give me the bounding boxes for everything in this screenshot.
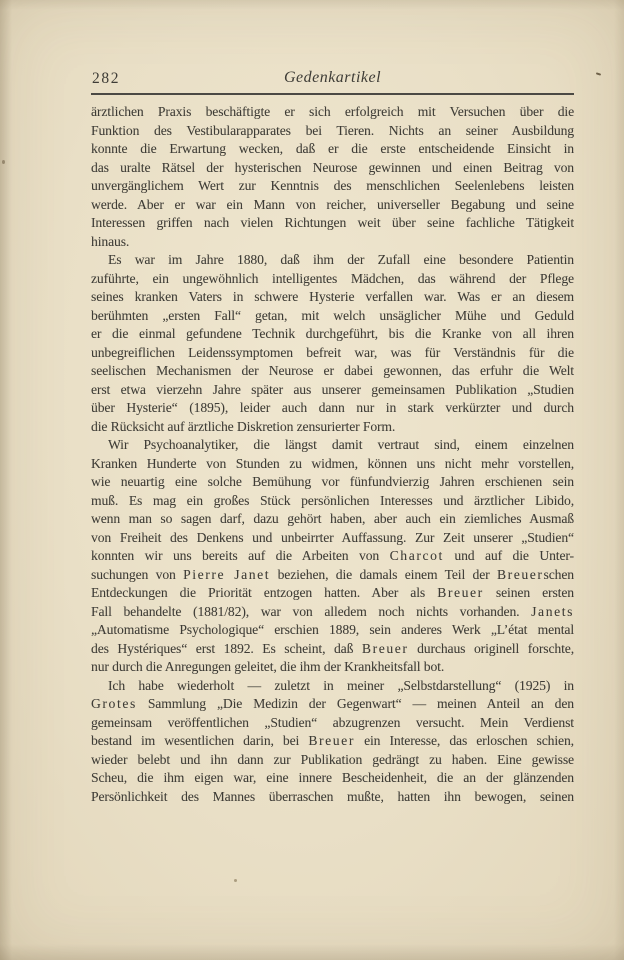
text-line: gemeinsam veröffentlichen „Studien“ abzu… bbox=[91, 714, 574, 733]
letterspaced-name: Breuer bbox=[437, 585, 484, 600]
paragraph: ärztlichen Praxis beschäftigte er sich e… bbox=[91, 103, 574, 251]
paper-speck bbox=[234, 879, 237, 882]
text-line: Scheu, die ihm eigen war, eine innere Be… bbox=[91, 769, 574, 788]
text-line: werde. Aber er war ein Mann von reicher,… bbox=[91, 196, 574, 215]
letterspaced-name: Breuer bbox=[362, 641, 409, 656]
letterspaced-name: Pierre Janet bbox=[183, 567, 270, 582]
text-line: die Rücksicht auf ärztliche Diskretion z… bbox=[91, 418, 574, 437]
text-line: Fall behandelte (1881/82), war von alled… bbox=[91, 603, 574, 622]
text-line: über Hysterie“ (1895), leider auch dann … bbox=[91, 399, 574, 418]
book-page: 282 Gedenkartikel ärztlichen Praxis besc… bbox=[0, 0, 624, 960]
text-line: Kranken Hunderte von Stunden zu widmen, … bbox=[91, 455, 574, 474]
paper-speck bbox=[2, 160, 5, 164]
text-line: unbegreiflichen Leidenssymptomen befreit… bbox=[91, 344, 574, 363]
text-line: zuführte, ein ungewöhnlich intelligentes… bbox=[91, 270, 574, 289]
text-line: das uralte Rätsel der hysterischen Neuro… bbox=[91, 159, 574, 178]
letterspaced-name: Grotes bbox=[91, 696, 137, 711]
letterspaced-name: Charcot bbox=[390, 548, 444, 563]
text-line: Funktion des Vestibularapparates bei Tie… bbox=[91, 122, 574, 141]
text-line: unvergänglichem Wert zur Kenntnis des me… bbox=[91, 177, 574, 196]
text-line: erst etwa vierzehn Jahre später aus unse… bbox=[91, 381, 574, 400]
letterspaced-name: Breuer bbox=[497, 567, 544, 582]
paragraph: Ich habe wiederholt — zuletzt in meiner … bbox=[91, 677, 574, 807]
text-line: „Automatisme Psychologique“ erschien 188… bbox=[91, 621, 574, 640]
text-line: Persönlichkeit des Mannes überraschen mu… bbox=[91, 788, 574, 807]
text-line: konnten wir uns bereits auf die Arbeiten… bbox=[91, 547, 574, 566]
letterspaced-name: Breuer bbox=[308, 733, 355, 748]
text-line: seelischen Mechanismen der Neurose er da… bbox=[91, 362, 574, 381]
letterspaced-name: Janets bbox=[531, 604, 574, 619]
text-line: Ich habe wiederholt — zuletzt in meiner … bbox=[91, 677, 574, 696]
paper-speck bbox=[596, 72, 601, 75]
text-line: Wir Psychoanalytiker, die längst damit v… bbox=[91, 436, 574, 455]
text-line: Entdeckungen die Priorität entzogen hatt… bbox=[91, 584, 574, 603]
text-line: berühmten „ersten Fall“ getan, mit welch… bbox=[91, 307, 574, 326]
text-line: ärztlichen Praxis beschäftigte er sich e… bbox=[91, 103, 574, 122]
text-line: seines kranken Vaters in schwere Hysteri… bbox=[91, 288, 574, 307]
text-line: bestand im wesentlichen darin, bei Breue… bbox=[91, 732, 574, 751]
text-line: des Hystériques“ erst 1892. Es scheint, … bbox=[91, 640, 574, 659]
text-line: suchungen von Pierre Janet beziehen, die… bbox=[91, 566, 574, 585]
text-line: er die einmal gefundene Technik durchgef… bbox=[91, 325, 574, 344]
text-line: Interessen griffen nach vielen Richtunge… bbox=[91, 214, 574, 233]
text-line: konnte die Erwartung wecken, daß er die … bbox=[91, 140, 574, 159]
text-line: Grotes Sammlung „Die Medizin der Gegenwa… bbox=[91, 695, 574, 714]
text-line: wie neuartig eine solche Bemühung vor fü… bbox=[91, 473, 574, 492]
text-line: nur durch die Anregungen geleitet, die i… bbox=[91, 658, 574, 677]
text-line: wieder belebt und ihn dann zur Publikati… bbox=[91, 751, 574, 770]
paragraph: Es war im Jahre 1880, daß ihm der Zufall… bbox=[91, 251, 574, 436]
text-line: muß. Es mag ein großes Stück persönliche… bbox=[91, 492, 574, 511]
paragraph: Wir Psychoanalytiker, die längst damit v… bbox=[91, 436, 574, 677]
header-rule bbox=[91, 93, 574, 95]
text-block: ärztlichen Praxis beschäftigte er sich e… bbox=[91, 103, 574, 806]
text-line: wenn man so sagen darf, dazu gehört habe… bbox=[91, 510, 574, 529]
running-header-title: Gedenkartikel bbox=[91, 69, 574, 87]
text-line: Es war im Jahre 1880, daß ihm der Zufall… bbox=[91, 251, 574, 270]
text-line: hinaus. bbox=[91, 233, 574, 252]
text-line: von Freiheit des Denkens und unbeirrter … bbox=[91, 529, 574, 548]
